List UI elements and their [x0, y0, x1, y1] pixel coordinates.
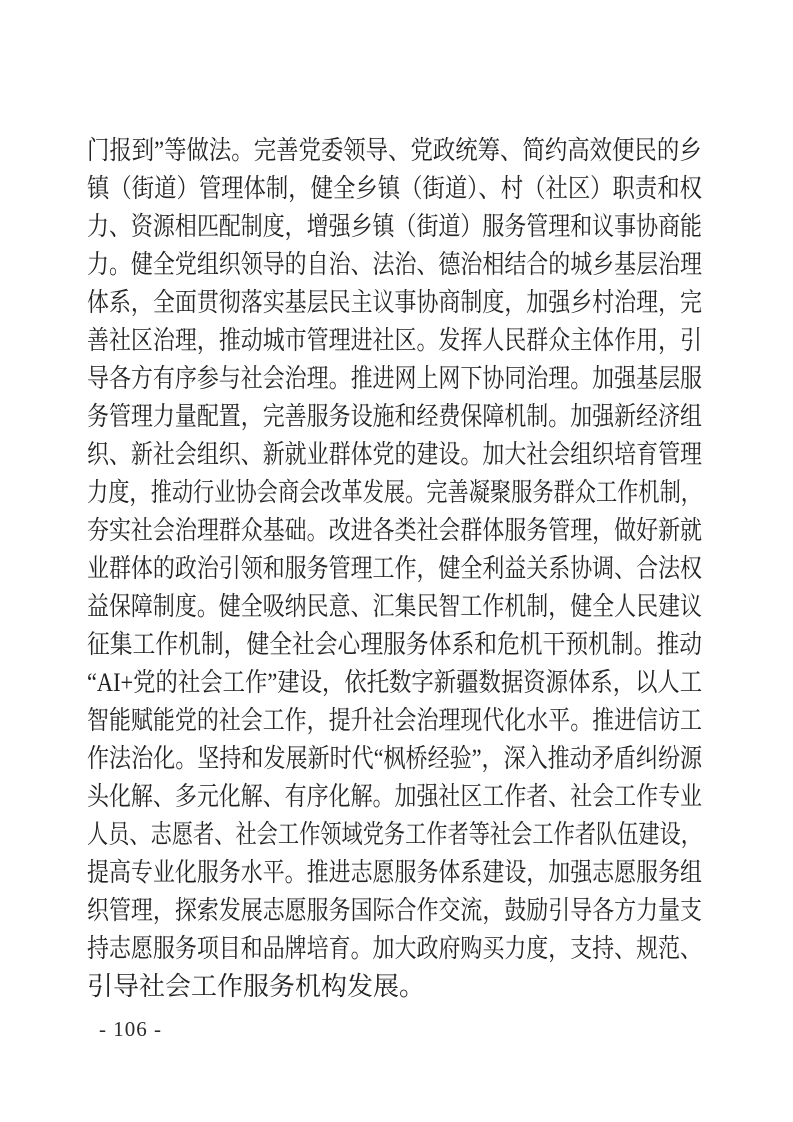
text-line: 夯实社会治理群众基础。改进各类社会群体服务管理，做好新就 — [87, 512, 607, 550]
text-line: 门报到”等做法。完善党委领导、党政统筹、简约高效便民的乡 — [87, 132, 617, 170]
text-line: 织管理，探索发展志愿服务国际合作交流，鼓励引导各方力量支 — [87, 892, 607, 930]
text-line: “AI+党的社会工作”建设，依托数字新疆数据资源体系，以人工 — [87, 664, 616, 702]
text-line: 务管理力量配置，完善服务设施和经费保障机制。加强新经济组 — [87, 398, 607, 436]
text-line: 头化解、多元化解、有序化解。加强社区工作者、社会工作专业 — [87, 778, 607, 816]
text-line: 镇（街道）管理体制，健全乡镇（街道）、村（社区）职责和权 — [87, 170, 616, 208]
text-line: 征集工作机制，健全社会心理服务体系和危机干预机制。推动 — [87, 626, 626, 664]
text-line: 持志愿服务项目和品牌培育。加大政府购买力度，支持、规范、 — [87, 930, 607, 968]
text-line: 智能赋能党的社会工作，提升社会治理现代化水平。推进信访工 — [87, 702, 607, 740]
page-number: - 106 - — [99, 1016, 162, 1042]
text-line: 体系，全面贯彻落实基层民主议事协商制度，加强乡村治理，完 — [87, 284, 607, 322]
text-line: 业群体的政治引领和服务管理工作，健全利益关系协调、合法权 — [87, 550, 607, 588]
text-line: 作法治化。坚持和发展新时代“枫桥经验”，深入推动矛盾纠纷源 — [87, 740, 609, 778]
text-line: 织、新社会组织、新就业群体党的建设。加大社会组织培育管理 — [87, 436, 607, 474]
text-line: 人员、志愿者、社会工作领域党务工作者等社会工作者队伍建设， — [87, 816, 589, 854]
text-line: 导各方有序参与社会治理。推进网上网下协同治理。加强基层服 — [87, 360, 607, 398]
text-line: 提高专业化服务水平。推进志愿服务体系建设，加强志愿服务组 — [87, 854, 607, 892]
body-text: 门报到”等做法。完善党委领导、党政统筹、简约高效便民的乡镇（街道）管理体制，健全… — [87, 132, 702, 1006]
text-line: 力。健全党组织领导的自治、法治、德治相结合的城乡基层治理 — [87, 246, 607, 284]
text-line: 善社区治理，推动城市管理进社区。发挥人民群众主体作用，引 — [87, 322, 607, 360]
text-line: 益保障制度。健全吸纳民意、汇集民智工作机制，健全人民建议 — [87, 588, 607, 626]
text-line: 引导社会工作服务机构发展。 — [87, 968, 702, 1006]
text-line: 力度，推动行业协会商会改革发展。完善凝聚服务群众工作机制， — [87, 474, 589, 512]
document-page: 门报到”等做法。完善党委领导、党政统筹、简约高效便民的乡镇（街道）管理体制，健全… — [0, 0, 793, 1122]
text-line: 力、资源相匹配制度，增强乡镇（街道）服务管理和议事协商能 — [87, 208, 607, 246]
